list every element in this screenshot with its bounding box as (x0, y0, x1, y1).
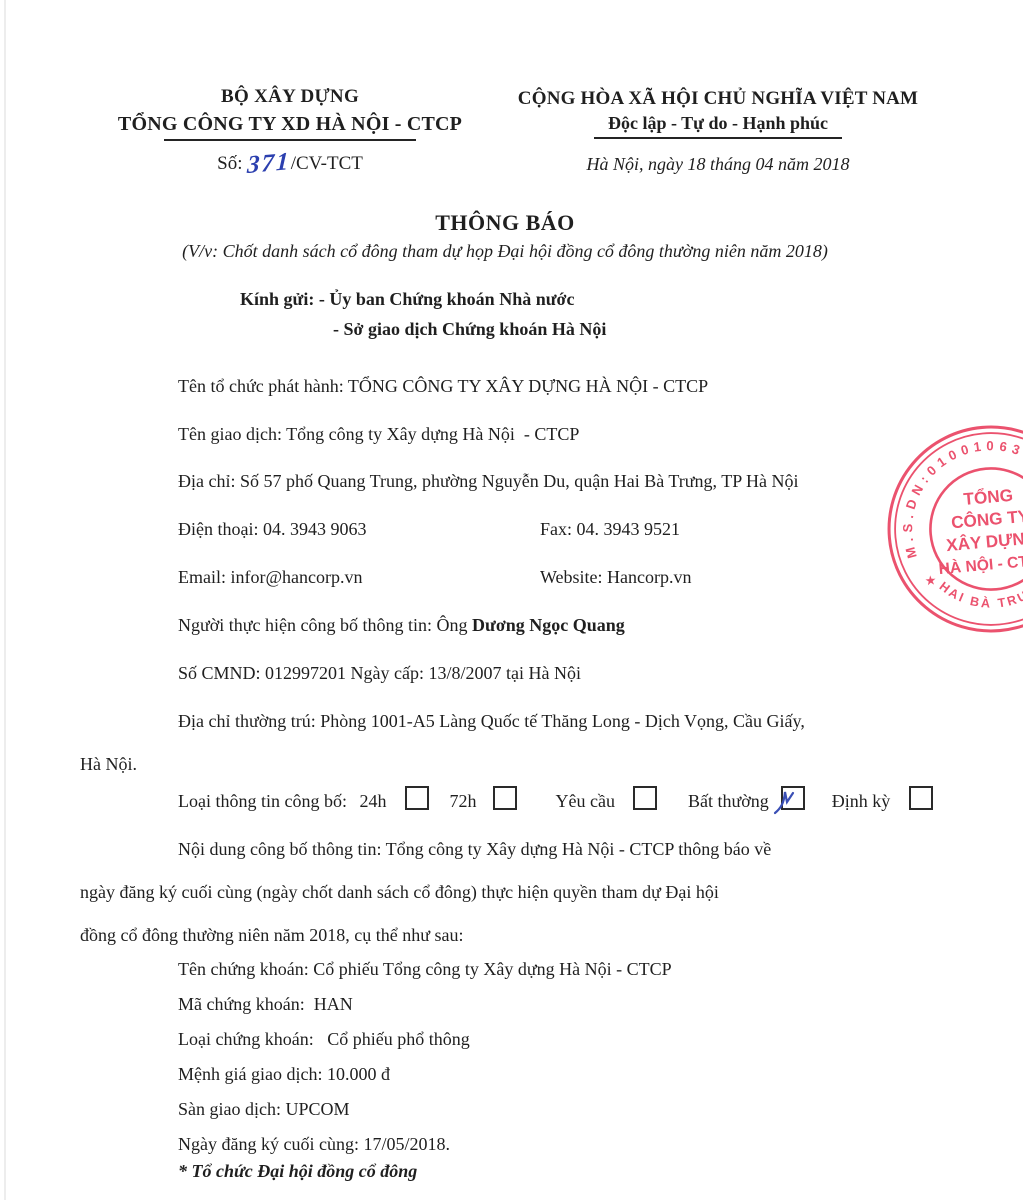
dateline: Hà Nội, ngày 18 tháng 04 năm 2018 (492, 154, 944, 175)
seal-center-line-1: TỔNG (963, 485, 1014, 509)
email-line: Email: infor@hancorp.vn (178, 563, 363, 591)
letterhead-right: CỘNG HÒA XÃ HỘI CHỦ NGHĨA VIỆT NAM Độc l… (492, 88, 944, 175)
checkbox-label-72h: 72h (449, 791, 476, 811)
record-date-line: Ngày đăng ký cuối cùng: 17/05/2018. (178, 1130, 450, 1158)
company-seal-stamp: M.S.DN:0100106338- Q. HAI BÀ TRƯNG - T ★… (875, 413, 1023, 645)
doc-no-suffix: /CV-TCT (291, 153, 363, 174)
discloser-name: Dương Ngọc Quang (472, 615, 625, 635)
issuer-line: Tên tổ chức phát hành: TỔNG CÔNG TY XÂY … (178, 372, 708, 400)
checkbox-bat-thuong-checked (781, 786, 805, 810)
checkbox-dinh-ky (909, 786, 933, 810)
recipient-line-1: Kính gửi: - Ủy ban Chứng khoán Nhà nước (240, 284, 606, 314)
national-header: CỘNG HÒA XÃ HỘI CHỦ NGHĨA VIỆT NAM (492, 88, 944, 110)
security-type-line: Loại chứng khoán: Cổ phiếu phổ thông (178, 1025, 470, 1053)
phone-line: Điện thoại: 04. 3943 9063 (178, 515, 366, 543)
content-line-1: Nội dung công bố thông tin: Tổng công ty… (178, 835, 771, 863)
document-subject: (V/v: Chốt danh sách cổ đông tham dự họp… (0, 241, 1010, 262)
handwritten-check-icon (772, 782, 806, 816)
par-value-line: Mệnh giá giao dịch: 10.000 đ (178, 1060, 390, 1088)
security-name-line: Tên chứng khoán: Cổ phiếu Tổng công ty X… (178, 955, 672, 983)
checkbox-label-dinh-ky: Định kỳ (832, 791, 891, 811)
ticker-line: Mã chứng khoán: HAN (178, 990, 353, 1018)
checkbox-label-24h: 24h (359, 791, 386, 811)
recipients-block: Kính gửi: - Ủy ban Chứng khoán Nhà nước … (240, 284, 606, 344)
content-line-2: ngày đăng ký cuối cùng (ngày chốt danh s… (80, 878, 719, 906)
address-line: Địa chỉ: Số 57 phố Quang Trung, phường N… (178, 467, 799, 495)
content-line-3: đồng cổ đông thường niên năm 2018, cụ th… (80, 921, 463, 949)
checkbox-yeu-cau (633, 786, 657, 810)
section-heading: * Tổ chức Đại hội đồng cổ đông (178, 1157, 417, 1185)
doc-no-handwritten: 371 (247, 148, 292, 180)
letterhead-rule (164, 139, 416, 141)
checkbox-24h (405, 786, 429, 810)
doc-no-prefix: Số: (217, 153, 247, 174)
ministry-name: BỘ XÂY DỰNG (108, 86, 472, 108)
residence-line-1: Địa chỉ thường trú: Phòng 1001-A5 Làng Q… (178, 707, 805, 735)
document-number: Số: 371/CV-TCT (108, 148, 472, 176)
discloser-prefix: Người thực hiện công bố thông tin: Ông (178, 615, 472, 635)
scan-edge-artifact (4, 0, 6, 1200)
scanned-document-page: BỘ XÂY DỰNG TỔNG CÔNG TY XD HÀ NỘI - CTC… (0, 0, 1023, 1200)
website-line: Website: Hancorp.vn (540, 563, 692, 591)
id-card-line: Số CMND: 012997201 Ngày cấp: 13/8/2007 t… (178, 659, 581, 687)
recipient-line-2: - Sở giao dịch Chứng khoán Hà Nội (333, 314, 606, 344)
fax-line: Fax: 04. 3943 9521 (540, 515, 680, 543)
disclosure-type-row: Loại thông tin công bố: 24h 72h Yêu cầu … (178, 786, 933, 812)
company-name: TỔNG CÔNG TY XD HÀ NỘI - CTCP (108, 113, 472, 136)
seal-star-icon: ★ (924, 572, 937, 588)
document-title: THÔNG BÁO (0, 210, 1010, 236)
letterhead-left: BỘ XÂY DỰNG TỔNG CÔNG TY XD HÀ NỘI - CTC… (108, 86, 472, 176)
discloser-line: Người thực hiện công bố thông tin: Ông D… (178, 611, 625, 639)
disclosure-type-label: Loại thông tin công bố: (178, 791, 347, 811)
national-motto: Độc lập - Tự do - Hạnh phúc (594, 113, 842, 139)
checkbox-label-yeu-cau: Yêu cầu (555, 791, 614, 811)
checkbox-72h (493, 786, 517, 810)
checkbox-label-bat-thuong: Bất thường (688, 791, 769, 811)
trading-name-line: Tên giao dịch: Tổng công ty Xây dựng Hà … (178, 420, 579, 448)
exchange-line: Sàn giao dịch: UPCOM (178, 1095, 350, 1123)
residence-line-2: Hà Nội. (80, 750, 137, 778)
